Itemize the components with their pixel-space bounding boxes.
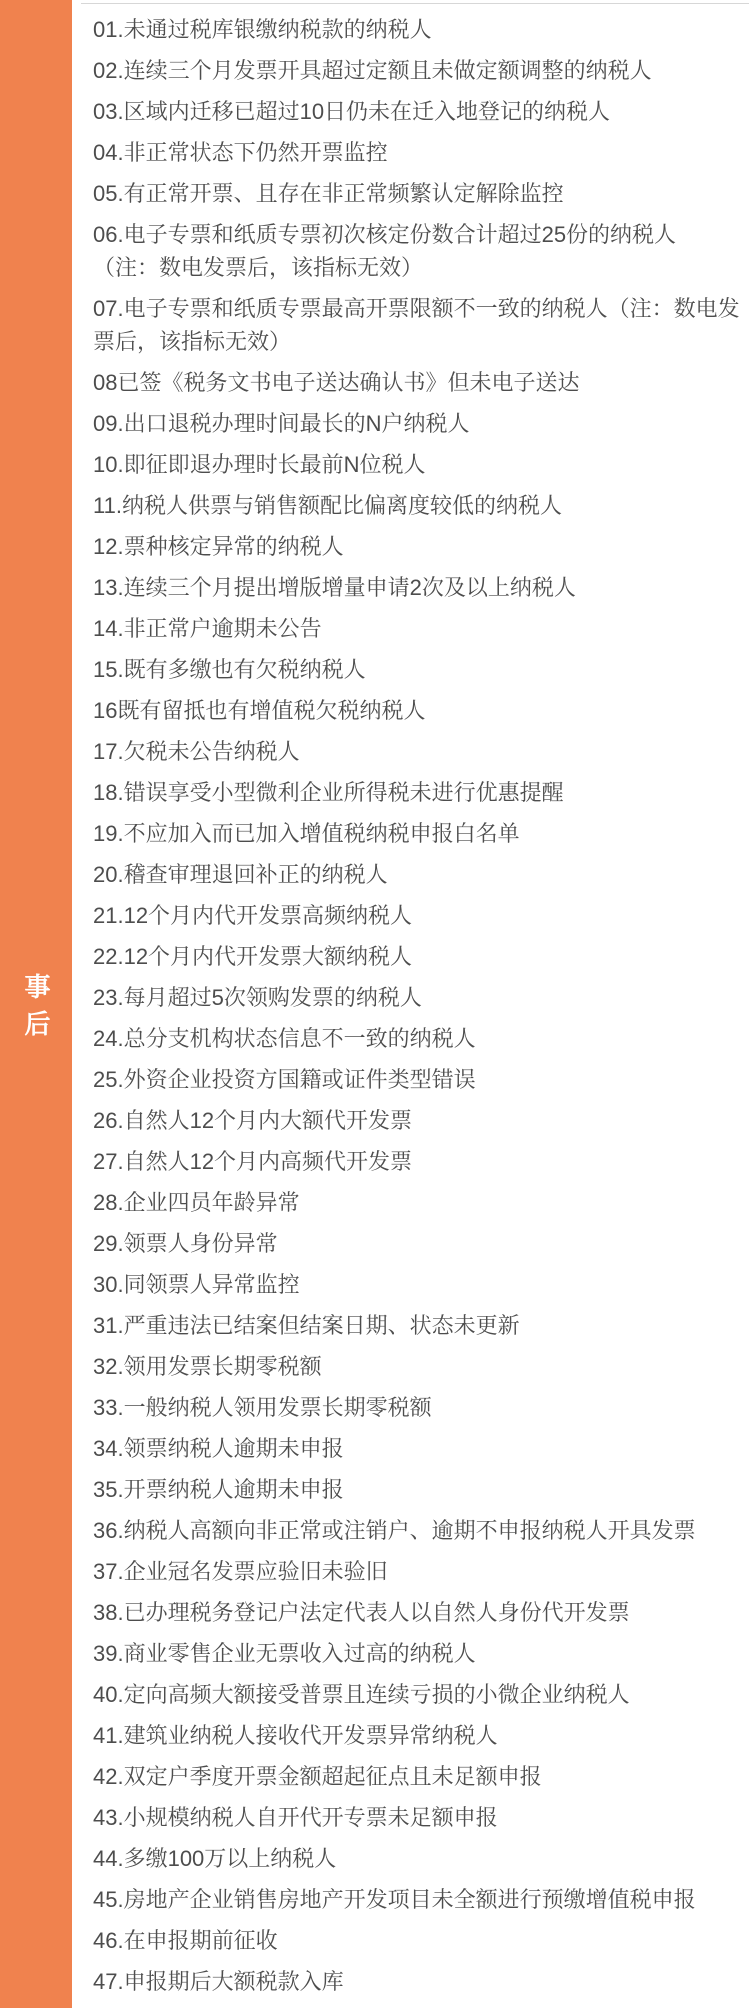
list-item: 31.严重违法已结案但结案日期、状态未更新 [93,1309,741,1342]
list-item: 47.申报期后大额税款入库 [93,1965,741,1998]
list-item: 11.纳税人供票与销售额配比偏离度较低的纳税人 [93,489,741,522]
list-item: 27.自然人12个月内高频代开发票 [93,1145,741,1178]
list-item: 09.出口退税办理时间最长的N户纳税人 [93,407,741,440]
list-item: 43.小规模纳税人自开代开专票未足额申报 [93,1801,741,1834]
list-item: 25.外资企业投资方国籍或证件类型错误 [93,1063,741,1096]
list-item: 46.在申报期前征收 [93,1924,741,1957]
list-item: 03.区域内迁移已超过10日仍未在迁入地登记的纳税人 [93,95,741,128]
list-item: 05.有正常开票、且存在非正常频繁认定解除监控 [93,177,741,210]
list-item: 21.12个月内代开发票高频纳税人 [93,899,741,932]
list-item: 41.建筑业纳税人接收代开发票异常纳税人 [93,1719,741,1752]
list-item: 34.领票纳税人逾期未申报 [93,1432,741,1465]
list-item: 14.非正常户逾期未公告 [93,612,741,645]
list-item: 26.自然人12个月内大额代开发票 [93,1104,741,1137]
list-item: 15.既有多缴也有欠税纳税人 [93,653,741,686]
list-item: 12.票种核定异常的纳税人 [93,530,741,563]
list-item: 33.一般纳税人领用发票长期零税额 [93,1391,741,1424]
list-item: 37.企业冠名发票应验旧未验旧 [93,1555,741,1588]
list-item: 36.纳税人高额向非正常或注销户、逾期不申报纳税人开具发票 [93,1514,741,1547]
list-item: 28.企业四员年龄异常 [93,1186,741,1219]
indicator-list: 01.未通过税库银缴纳税款的纳税人02.连续三个月发票开具超过定额且未做定额调整… [93,0,741,2006]
list-item: 01.未通过税库银缴纳税款的纳税人 [93,13,741,46]
list-item: 19.不应加入而已加入增值税纳税申报白名单 [93,817,741,850]
list-item: 23.每月超过5次领购发票的纳税人 [93,981,741,1014]
list-item: 39.商业零售企业无票收入过高的纳税人 [93,1637,741,1670]
list-item: 38.已办理税务登记户法定代表人以自然人身份代开发票 [93,1596,741,1629]
list-item: 29.领票人身份异常 [93,1227,741,1260]
list-item: 40.定向高频大额接受普票且连续亏损的小微企业纳税人 [93,1678,741,1711]
list-item: 04.非正常状态下仍然开票监控 [93,136,741,169]
list-item: 24.总分支机构状态信息不一致的纳税人 [93,1022,741,1055]
list-item: 17.欠税未公告纳税人 [93,735,741,768]
list-item: 16既有留抵也有增值税欠税纳税人 [93,694,741,727]
list-item: 32.领用发票长期零税额 [93,1350,741,1383]
list-item: 13.连续三个月提出增版增量申请2次及以上纳税人 [93,571,741,604]
stage-label: 事后 [23,973,49,1047]
stage-sidebar: 事后 [0,0,72,2008]
list-item: 10.即征即退办理时长最前N位税人 [93,448,741,481]
list-item: 30.同领票人异常监控 [93,1268,741,1301]
list-item: 18.错误享受小型微利企业所得税未进行优惠提醒 [93,776,741,809]
list-item: 35.开票纳税人逾期未申报 [93,1473,741,1506]
list-item: 42.双定户季度开票金额超起征点且未足额申报 [93,1760,741,1793]
list-item: 07.电子专票和纸质专票最高开票限额不一致的纳税人（注：数电发票后，该指标无效） [93,292,741,358]
list-item: 06.电子专票和纸质专票初次核定份数合计超过25份的纳税人（注：数电发票后，该指… [93,218,741,284]
list-item: 22.12个月内代开发票大额纳税人 [93,940,741,973]
list-item: 44.多缴100万以上纳税人 [93,1842,741,1875]
list-item: 45.房地产企业销售房地产开发项目未全额进行预缴增值税申报 [93,1883,741,1916]
list-item: 20.稽查审理退回补正的纳税人 [93,858,741,891]
list-item: 02.连续三个月发票开具超过定额且未做定额调整的纳税人 [93,54,741,87]
list-item: 08已签《税务文书电子送达确认书》但未电子送达 [93,366,741,399]
